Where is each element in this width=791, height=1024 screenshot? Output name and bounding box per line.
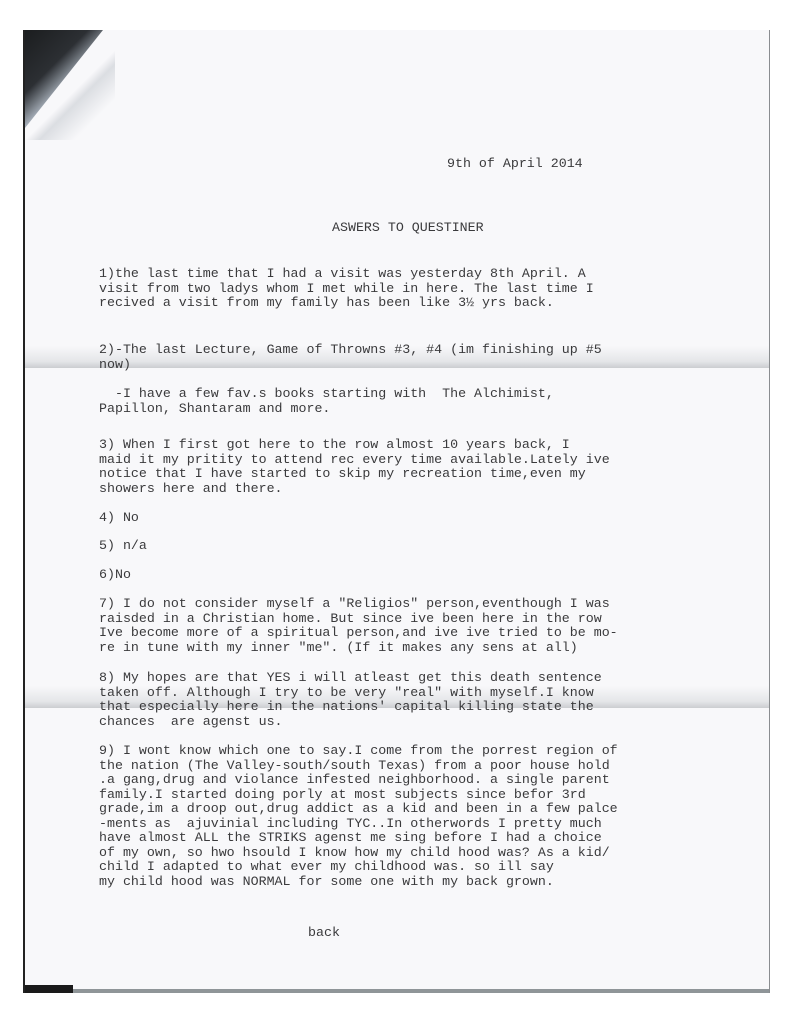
scanned-letter: 9th of April 2014 ASWERS TO QUESTINER 1)… xyxy=(0,0,791,1024)
folded-corner-shadow xyxy=(25,30,115,140)
answer-3: 3) When I first got here to the row almo… xyxy=(99,438,610,496)
page-footer-back: back xyxy=(308,926,340,941)
answer-8: 8) My hopes are that YES i will atleast … xyxy=(99,671,602,729)
letter-title: ASWERS TO QUESTINER xyxy=(332,221,484,236)
answer-4: 4) No xyxy=(99,511,139,526)
letter-date: 9th of April 2014 xyxy=(447,157,583,172)
answer-7: 7) I do not consider myself a "Religios"… xyxy=(99,597,618,655)
paper-page: 9th of April 2014 ASWERS TO QUESTINER 1)… xyxy=(23,30,770,993)
answer-2-books: -I have a few fav.s books starting with … xyxy=(99,387,554,416)
answer-5: 5) n/a xyxy=(99,539,147,554)
scan-edge xyxy=(25,985,73,993)
answer-9: 9) I wont know which one to say.I come f… xyxy=(99,744,618,889)
answer-2: 2)-The last Lecture, Game of Throwns #3,… xyxy=(99,343,602,372)
answer-1: 1)the last time that I had a visit was y… xyxy=(99,267,594,311)
answer-6: 6)No xyxy=(99,568,131,583)
